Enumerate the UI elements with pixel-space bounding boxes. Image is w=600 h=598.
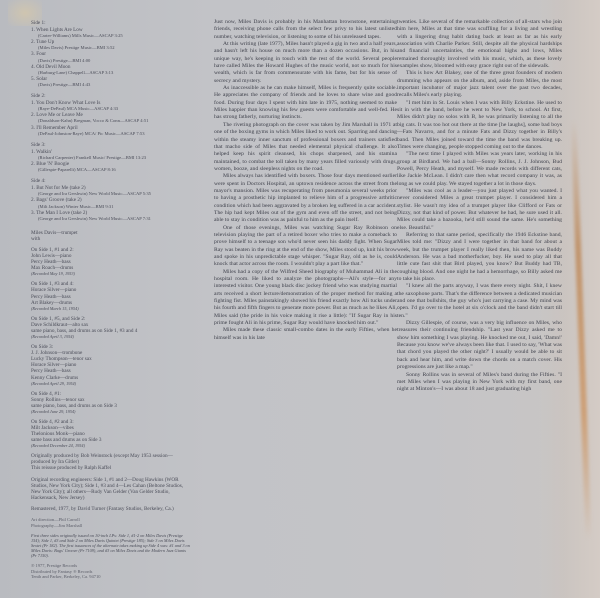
track-item: 2. Blue 'N' Boogie(Gillespie-Paparelli) … bbox=[31, 161, 191, 173]
essay-paragraph: "I met him in St. Louis when I was with … bbox=[397, 100, 562, 151]
personnel-group: On Side 1, #5, and Side 2:Dave Schildkra… bbox=[31, 316, 191, 339]
recording-date: (Recorded April 3, 1954) bbox=[31, 334, 191, 339]
side-heading: Side 4: bbox=[31, 178, 191, 184]
track-item: 1. But Not for Me (take 2)(George and Ir… bbox=[31, 185, 191, 197]
address-line: Tenth and Parker, Berkeley, Ca. 94710 bbox=[31, 574, 191, 580]
essay-paragraph: At this writing (late 1977), Miles hasn'… bbox=[214, 41, 397, 85]
track-item: 4. Old Devil Moon(Harburg-Lane) Chappell… bbox=[31, 64, 191, 76]
credits-column: Side 1:1. When Lights Are Low(Carter-Wil… bbox=[31, 20, 191, 585]
side-listing: Side 4:1. But Not for Me (take 2)(George… bbox=[31, 178, 191, 222]
recording-date: (Recorded June 29, 1954) bbox=[31, 409, 191, 414]
track-item: 1. You Don't Know What Love Is(Raye-DePa… bbox=[31, 100, 191, 112]
album-back-cover: Side 1:1. When Lights Are Low(Carter-Wil… bbox=[0, 0, 600, 598]
liner-notes-column-right: twenties. Like several of the remarkable… bbox=[397, 19, 562, 394]
essay-paragraph: "Miles was cool as a leader—you just pla… bbox=[397, 188, 562, 232]
recording-date: (Recorded May 19, 1953) bbox=[31, 271, 191, 276]
production-credits: Originally produced by Bob Weinstock (ex… bbox=[31, 453, 191, 471]
side-heading: Side 3: bbox=[31, 142, 191, 148]
essay-paragraph: Miles always has identified with boxers.… bbox=[214, 173, 397, 224]
personnel: Miles Davis—trumpet with On Side 1, #1 a… bbox=[31, 230, 191, 448]
personnel-group: On Side 1, #1 and 2:John Lewis—pianoPerc… bbox=[31, 247, 191, 276]
track-item: 2. Tune Up(Miles Davis) Prestige Music—B… bbox=[31, 39, 191, 51]
track-publisher: (George and Ira Gershwin) New World Musi… bbox=[31, 216, 191, 222]
side-listing: Side 2:1. You Don't Know What Love Is(Ra… bbox=[31, 93, 191, 137]
engineer-credits: Original recording engineers: Side 1, #1… bbox=[31, 477, 191, 501]
recording-date: (Recorded December 24, 1954) bbox=[31, 443, 191, 448]
track-publisher: (DePaul-Johnston-Raye) MCA/ Pic Music—AS… bbox=[31, 131, 191, 137]
personnel-group: On Side 1, #3 and 4:Horace Silver—pianoP… bbox=[31, 281, 191, 310]
track-item: 3. Four(Davis) Prestige—BMI 4:00 bbox=[31, 51, 191, 63]
personnel-group: On Side 3:J. J. Johnson—tromboneLucky Th… bbox=[31, 344, 191, 386]
essay-paragraph: One of those evenings, Miles was watchin… bbox=[214, 225, 397, 269]
track-item: 5. Solar(Davis) Prestige—BMI 4:43 bbox=[31, 76, 191, 88]
original-issue-note: First three sides originally issued on 1… bbox=[31, 533, 191, 558]
recording-date: (Recorded April 29, 1954) bbox=[31, 381, 191, 386]
liner-notes-column-middle: Just now, Miles Davis is probably in his… bbox=[214, 19, 397, 342]
essay-paragraph: twenties. Like several of the remarkable… bbox=[397, 19, 562, 70]
with-label: with bbox=[31, 236, 191, 242]
side-listing: Side 1:1. When Lights Are Low(Carter-Wil… bbox=[31, 20, 191, 88]
essay-paragraph: The riveting photograph on the cover was… bbox=[214, 122, 397, 173]
essay-paragraph: Miles made these classic small-combo dat… bbox=[214, 327, 397, 342]
track-item: 1. Walkin'(Richard Carpenter) Frankell M… bbox=[31, 149, 191, 161]
essay-paragraph: "The next time I played with Miles was y… bbox=[397, 151, 562, 188]
track-item: 2. Love Me or Leave Me(Donaldson-Kahn) B… bbox=[31, 112, 191, 124]
essay-paragraph: Sonny Rollins was in several of Miles's … bbox=[397, 372, 562, 394]
side-heading: Side 1: bbox=[31, 20, 191, 26]
essay-paragraph: Referring to that same period, specifica… bbox=[397, 232, 562, 283]
recording-date: (Recorded March 15, 1954) bbox=[31, 306, 191, 311]
personnel-groups: On Side 1, #1 and 2:John Lewis—pianoPerc… bbox=[31, 247, 191, 448]
track-listing: Side 1:1. When Lights Are Low(Carter-Wil… bbox=[31, 20, 191, 222]
production-original: Originally produced by Bob Weinstock (ex… bbox=[31, 453, 191, 465]
essay-paragraph: "I knew all the parts anyway, I was ther… bbox=[397, 283, 562, 320]
remaster-credit: Remastered, 1977, by David Turner (Fanta… bbox=[31, 506, 191, 512]
track-publisher: (Gillespie-Paparelli) MCA—ASCAP 8:16 bbox=[31, 167, 191, 173]
copyright: ℗ 1977, Prestige Records Distributed by … bbox=[31, 563, 191, 580]
essay-paragraph: This is how Art Blakey, one of the three… bbox=[397, 70, 562, 99]
side-heading: Side 2: bbox=[31, 93, 191, 99]
essay-paragraph: Miles had a copy of the Wilfred Sheed bi… bbox=[214, 269, 397, 328]
track-item: 3. The Man I Love (take 2)(George and Ir… bbox=[31, 210, 191, 222]
essay-paragraph: As inaccessible as he can make himself, … bbox=[214, 85, 397, 122]
personnel-group: On Side 4, #1:Sonny Rollins—tenor saxsam… bbox=[31, 391, 191, 414]
photography-credit: Photography—Jim Marshall bbox=[31, 523, 191, 529]
essay-paragraph: Dizzy Gillespie, of course, was a very b… bbox=[397, 320, 562, 371]
track-item: 2. Bags' Groove (take 2)(Milt Jackson) W… bbox=[31, 197, 191, 209]
personnel-group: On Side 4, #2 and 3:Milt Jackson—vibesTh… bbox=[31, 419, 191, 448]
track-publisher: (Davis) Prestige—BMI 4:43 bbox=[31, 82, 191, 88]
side-listing: Side 3:1. Walkin'(Richard Carpenter) Fra… bbox=[31, 142, 191, 173]
essay-paragraph: Just now, Miles Davis is probably in his… bbox=[214, 19, 397, 41]
production-reissue: This reissue produced by Ralph Kaffel bbox=[31, 465, 191, 471]
track-item: 1. When Lights Are Low(Carter-Williams) … bbox=[31, 27, 191, 39]
art-credits: Art direction—Phil Carroll Photography—J… bbox=[31, 517, 191, 528]
track-item: 3. I'll Remember April(DePaul-Johnston-R… bbox=[31, 125, 191, 137]
